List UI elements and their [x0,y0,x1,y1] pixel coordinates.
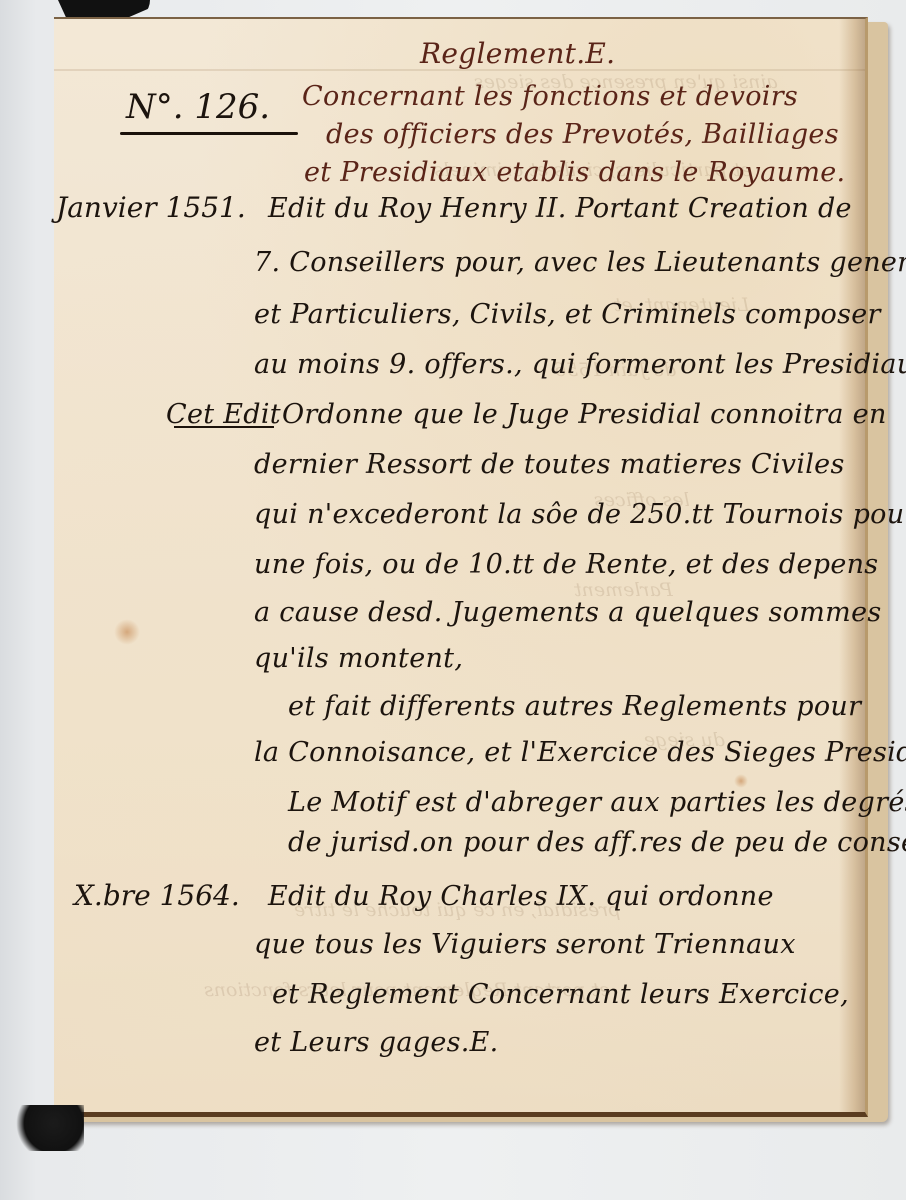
document-title: Reglement.E. [420,37,615,70]
heading-line: Concernant les fonctions et devoirs [302,81,798,112]
entry-line: au moins 9. offers., qui formeront les P… [254,349,906,380]
entry-line: dernier Ressort de toutes matieres Civil… [254,449,845,480]
paper-stain [734,774,748,788]
entry-line: Le Motif est d'abreger aux parties les d… [288,787,906,818]
heading-line: des officiers des Prevotés, Bailliages [326,119,839,150]
binding-ribbon-bottom [8,1105,84,1151]
entry-line: Ordonne que le Juge Presidial connoitra … [282,399,887,430]
entry-line: de jurisd.on pour des aff.res de peu de … [288,827,906,858]
margin-label-underline [174,426,274,428]
entry-line: 7. Conseillers pour, avec les Lieutenant… [254,247,906,278]
paper-stain [114,619,140,645]
entry-line: Edit du Roy Henry II. Portant Creation d… [268,193,852,224]
document-number: N°. 126. [126,87,270,127]
entry-line: Edit du Roy Charles IX. qui ordonne [268,881,774,912]
entry-line: qu'ils montent, [254,643,463,674]
entry-line: que tous les Viguiers seront Triennaux [254,929,796,960]
entry-line: qui n'excederont la sôe de 250.tt Tourno… [254,499,906,530]
entry-line: a cause desd. Jugements a quelques somme… [254,597,882,628]
margin-date: X.bre 1564. [74,879,240,912]
entry-line: et Reglement Concernant leurs Exercice, [272,979,849,1010]
margin-date: Janvier 1551. [56,191,246,224]
entry-line: la Connoisance, et l'Exercice des Sieges… [254,737,906,768]
entry-line: une fois, ou de 10.tt de Rente, et des d… [254,549,878,580]
number-underline [120,132,298,135]
entry-line: et Leurs gages.E. [254,1027,499,1058]
manuscript-page: ainsi qu'en presence des sieges et parti… [54,17,868,1117]
entry-line: et Particuliers, Civils, et Criminels co… [254,299,881,330]
entry-line: et fait differents autres Reglements pou… [288,691,861,722]
heading-line: et Presidiaux etablis dans le Royaume. [304,157,845,188]
